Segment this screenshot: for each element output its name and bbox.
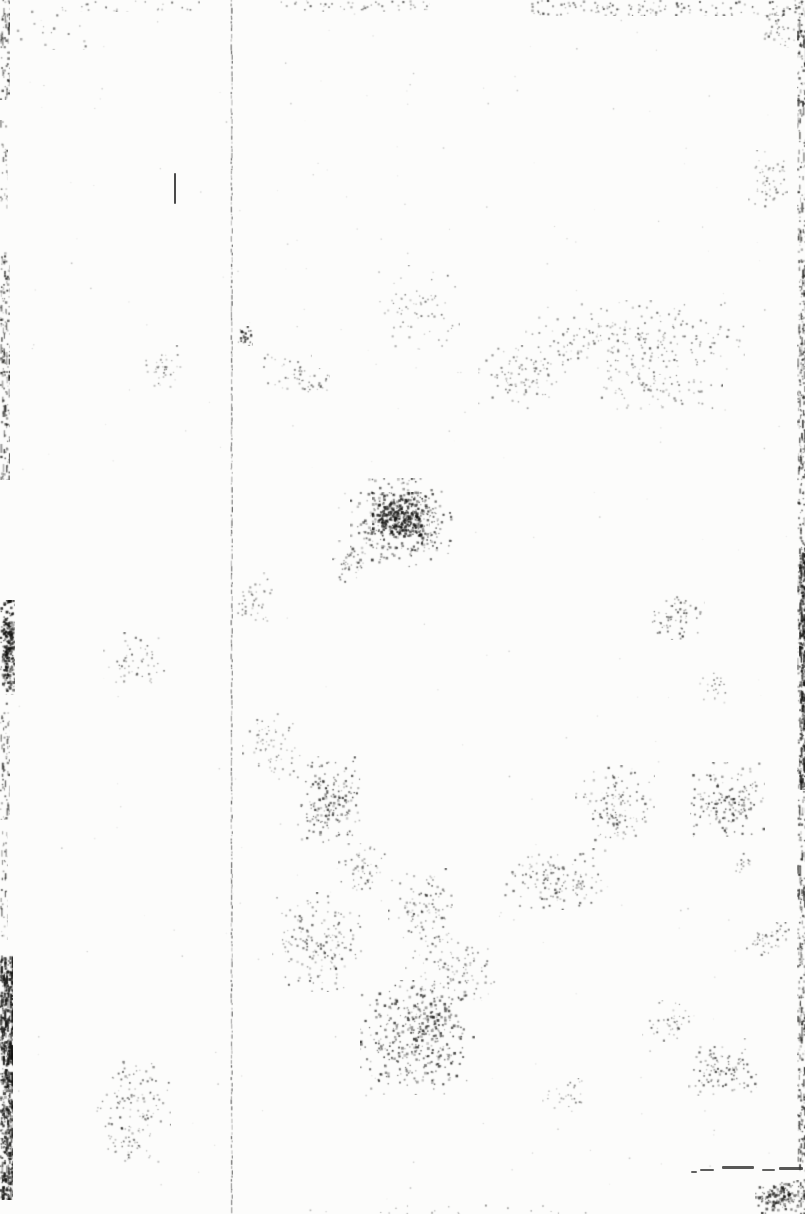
stain-mid-sparse xyxy=(242,712,302,782)
top-right-corner-marks xyxy=(758,8,803,48)
stain-top-mid-canvas xyxy=(375,265,460,350)
right-edge-strip xyxy=(797,0,805,1214)
stain-bottom-left-b xyxy=(102,1122,160,1170)
left-edge-upper xyxy=(0,120,8,210)
stain-mid-a-canvas xyxy=(262,352,312,392)
bottom-edge-specks xyxy=(300,1204,600,1214)
background-noise-canvas xyxy=(12,12,792,1202)
bottom-right-dash-1 xyxy=(691,1171,697,1173)
right-edge-bottom-corner-canvas xyxy=(755,1180,805,1214)
stain-right-935 xyxy=(742,922,790,960)
gutter-fold-line-canvas xyxy=(230,0,233,1214)
stain-bottom-left-a xyxy=(96,1052,171,1147)
stain-gutter-mark-canvas xyxy=(237,326,253,346)
stain-band-right-ext-canvas xyxy=(598,360,723,410)
corner-top-left xyxy=(5,5,95,50)
stain-bottom-mid-tiny xyxy=(542,1078,594,1110)
left-edge-bottom-band xyxy=(0,955,13,1200)
stain-band-left-ext xyxy=(478,345,573,410)
left-edge-blob-canvas xyxy=(0,600,15,695)
right-edge-dark-segment-canvas xyxy=(799,540,805,790)
left-edge-mid xyxy=(0,250,10,480)
top-edge-left-canvas xyxy=(60,0,200,12)
bottom-right-dash-5 xyxy=(779,1167,803,1170)
stain-top-mid xyxy=(375,265,460,350)
stain-bottom-mid-tiny-canvas xyxy=(542,1078,594,1110)
stain-right-a xyxy=(575,765,655,845)
left-edge-bottom-band-canvas xyxy=(0,955,13,1200)
stain-right-b xyxy=(690,762,765,837)
top-edge-mid-canvas xyxy=(280,0,430,12)
stain-tiny-right-canvas xyxy=(728,848,756,874)
stain-right-a-canvas xyxy=(575,765,655,845)
bottom-right-dash-2 xyxy=(700,1169,714,1171)
left-edge-low-canvas xyxy=(0,830,8,940)
stain-right-mid xyxy=(650,592,705,640)
stain-bottom-left-b-canvas xyxy=(102,1122,160,1170)
right-edge-dark-segment xyxy=(799,540,805,790)
stain-mid-c-canvas xyxy=(502,848,607,910)
stain-bottom-right-a xyxy=(642,1000,697,1042)
stain-right-upper xyxy=(748,150,788,210)
stain-band-left-ext-canvas xyxy=(478,345,573,410)
stain-big-bottom xyxy=(360,980,475,1095)
stain-mid-a xyxy=(262,352,312,392)
left-edge-lower-canvas xyxy=(0,700,10,820)
stain-right-b-canvas xyxy=(690,762,765,837)
stain-right-mid-canvas xyxy=(650,592,705,640)
stain-dark-blob-core-canvas xyxy=(372,492,430,540)
stain-gutter-mark xyxy=(237,326,253,346)
stain-bottom-right-a-canvas xyxy=(642,1000,697,1042)
stain-band-right-ext xyxy=(598,360,723,410)
stain-low-mid-canvas xyxy=(388,868,453,943)
right-edge-bottom-corner xyxy=(755,1180,805,1214)
fold-tick-mark xyxy=(174,173,176,204)
stain-blob-tail-canvas xyxy=(332,540,367,585)
stain-tiny-right xyxy=(728,848,756,874)
stain-right-small-canvas xyxy=(695,670,730,705)
stain-top-right-band-canvas xyxy=(525,300,745,375)
left-edge-top-canvas xyxy=(0,0,10,100)
stain-bottom-right-b xyxy=(688,1038,760,1096)
top-edge-mid xyxy=(280,0,430,12)
stain-left-a-canvas xyxy=(138,345,183,390)
stain-right-upper-canvas xyxy=(748,150,788,210)
stain-small-center xyxy=(338,843,393,891)
stain-right-935-canvas xyxy=(742,922,790,960)
stain-bottom-right-b-canvas xyxy=(688,1038,760,1096)
background-noise xyxy=(12,12,792,1202)
scanned-page xyxy=(0,0,805,1214)
right-edge-strip-canvas xyxy=(797,0,805,1214)
stain-low-left xyxy=(272,892,367,992)
stain-center-small xyxy=(228,572,273,627)
gutter-fold-line xyxy=(230,0,233,1214)
stain-left-mid xyxy=(103,632,168,692)
bottom-edge-specks-canvas xyxy=(300,1204,600,1214)
left-edge-mid-canvas xyxy=(0,250,10,480)
stain-dark-blob xyxy=(350,478,455,568)
left-edge-low xyxy=(0,830,8,940)
stain-mid-dense-canvas xyxy=(296,756,361,846)
top-edge-right xyxy=(530,0,805,16)
stain-left-a xyxy=(138,345,183,390)
stain-right-small xyxy=(695,670,730,705)
stain-dark-blob-canvas xyxy=(350,478,455,568)
stain-low-left-canvas xyxy=(272,892,367,992)
stain-big-bottom-canvas xyxy=(360,980,475,1095)
top-right-corner-marks-canvas xyxy=(758,8,803,48)
left-edge-top xyxy=(0,0,10,100)
stain-center-small-canvas xyxy=(228,572,273,627)
stain-mid-c xyxy=(502,848,607,910)
bottom-right-dash-4 xyxy=(762,1169,775,1171)
left-edge-blob xyxy=(0,600,15,695)
stain-bottom-left-a-canvas xyxy=(96,1052,171,1147)
stain-blob-tail xyxy=(332,540,367,585)
stain-dark-blob-core xyxy=(372,492,430,540)
stain-trail-canvas xyxy=(405,928,500,1013)
top-edge-left xyxy=(60,0,200,12)
stain-mid-sparse-canvas xyxy=(242,712,302,782)
stain-mid-b-canvas xyxy=(298,368,330,400)
stain-mid-b xyxy=(298,368,330,400)
left-edge-lower xyxy=(0,700,10,820)
corner-top-left-canvas xyxy=(5,5,95,50)
left-edge-upper-canvas xyxy=(0,120,8,210)
bottom-right-dash-3 xyxy=(722,1166,754,1169)
stain-trail xyxy=(405,928,500,1013)
stain-small-center-canvas xyxy=(338,843,393,891)
stain-low-mid xyxy=(388,868,453,943)
top-edge-right-canvas xyxy=(530,0,805,16)
stain-top-right-band xyxy=(525,300,745,375)
stain-mid-dense xyxy=(296,756,361,846)
stain-left-mid-canvas xyxy=(103,632,168,692)
